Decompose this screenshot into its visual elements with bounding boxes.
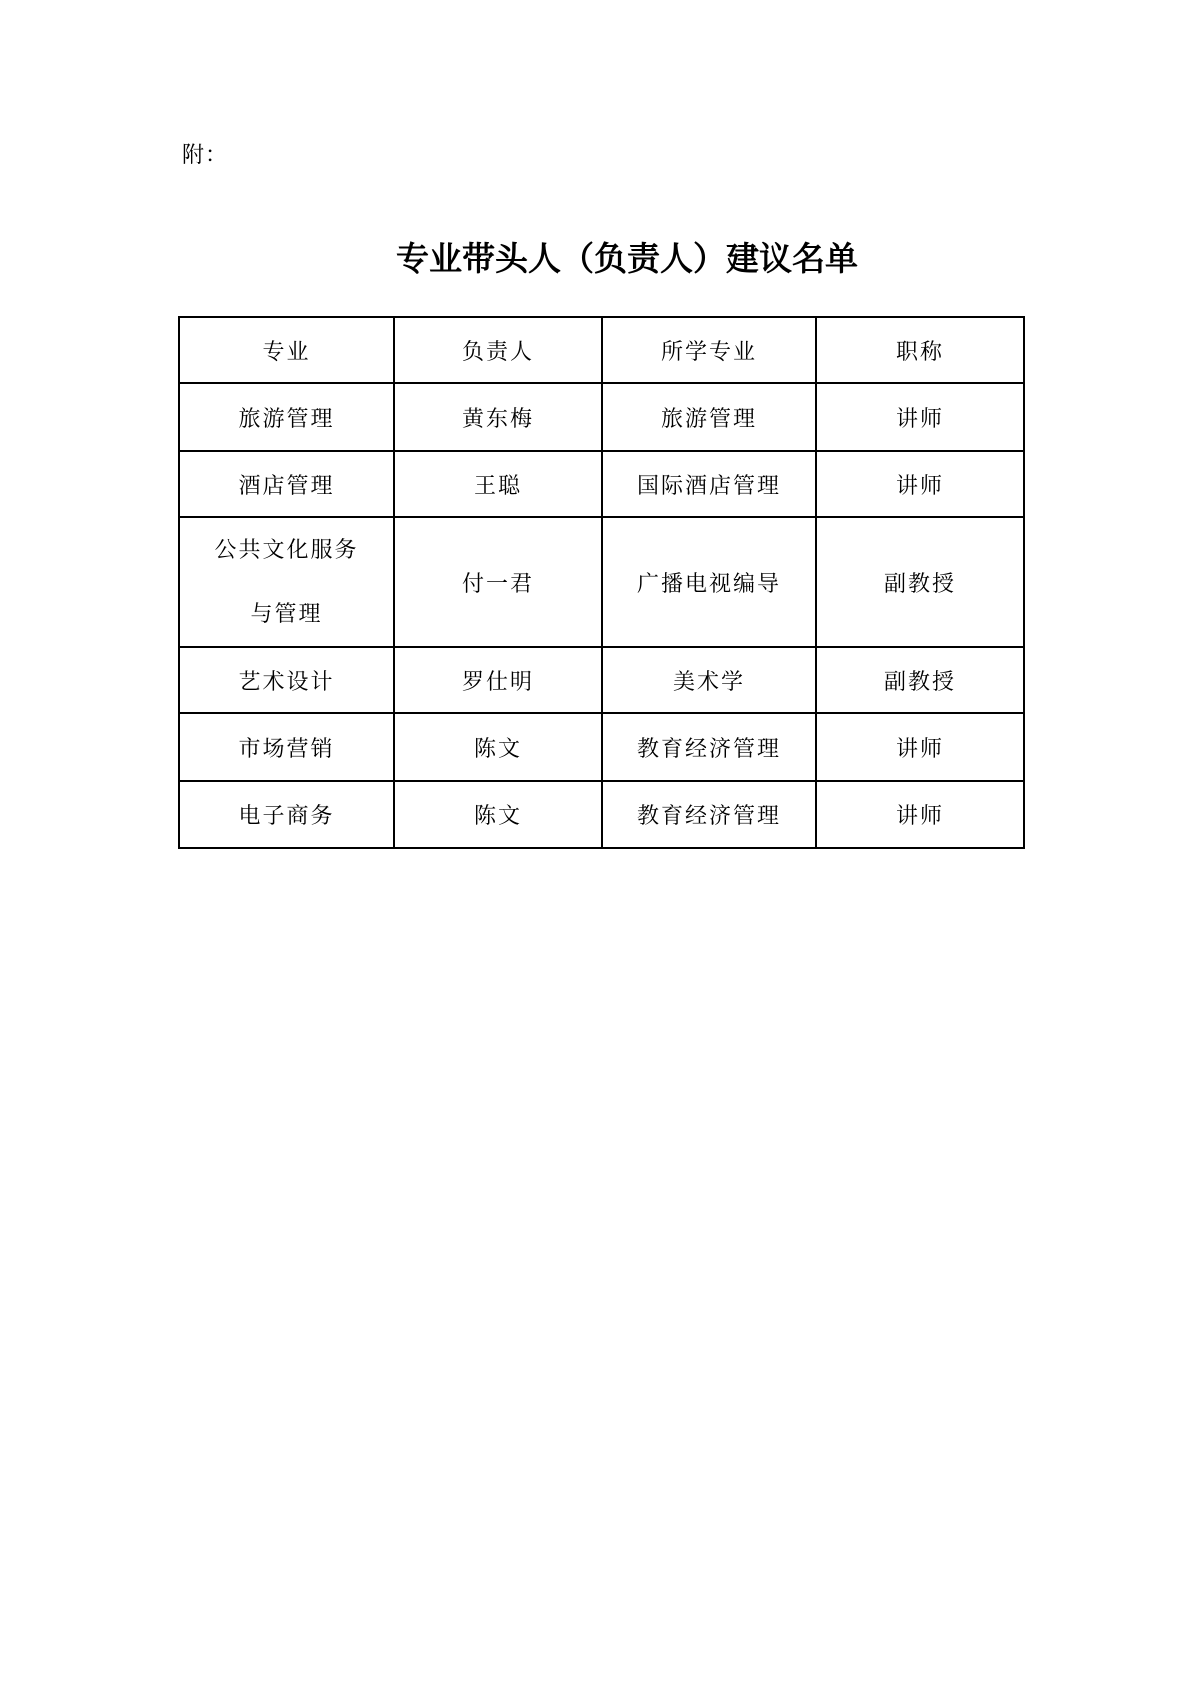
cell-leader: 王聪	[394, 451, 602, 517]
table-row: 艺术设计 罗仕明 美术学 副教授	[179, 647, 1024, 713]
cell-major: 酒店管理	[179, 451, 394, 517]
cell-studied: 国际酒店管理	[602, 451, 816, 517]
cell-leader: 黄东梅	[394, 383, 602, 451]
cell-studied: 旅游管理	[602, 383, 816, 451]
cell-studied: 教育经济管理	[602, 713, 816, 781]
cell-studied: 广播电视编导	[602, 517, 816, 647]
cell-rank: 讲师	[816, 781, 1024, 848]
cell-major: 旅游管理	[179, 383, 394, 451]
cell-rank: 讲师	[816, 451, 1024, 517]
page-title: 专业带头人（负责人）建议名单	[32, 240, 1190, 278]
cell-studied: 教育经济管理	[602, 781, 816, 848]
cell-leader: 罗仕明	[394, 647, 602, 713]
column-header-studied: 所学专业	[602, 317, 816, 383]
table-row: 电子商务 陈文 教育经济管理 讲师	[179, 781, 1024, 848]
table-row: 旅游管理 黄东梅 旅游管理 讲师	[179, 383, 1024, 451]
cell-leader: 付一君	[394, 517, 602, 647]
table-row: 酒店管理 王聪 国际酒店管理 讲师	[179, 451, 1024, 517]
attachment-label: 附：	[182, 142, 228, 168]
table-header-row: 专业 负责人 所学专业 职称	[179, 317, 1024, 383]
cell-rank: 副教授	[816, 517, 1024, 647]
cell-studied: 美术学	[602, 647, 816, 713]
leaders-table: 专业 负责人 所学专业 职称 旅游管理 黄东梅 旅游管理 讲师 酒店管理 王聪 …	[178, 316, 1025, 849]
cell-major: 公共文化服务 与管理	[179, 517, 394, 647]
table-row: 公共文化服务 与管理 付一君 广播电视编导 副教授	[179, 517, 1024, 647]
cell-major: 艺术设计	[179, 647, 394, 713]
cell-rank: 副教授	[816, 647, 1024, 713]
table-row: 市场营销 陈文 教育经济管理 讲师	[179, 713, 1024, 781]
cell-rank: 讲师	[816, 383, 1024, 451]
column-header-rank: 职称	[816, 317, 1024, 383]
cell-leader: 陈文	[394, 713, 602, 781]
cell-major: 电子商务	[179, 781, 394, 848]
cell-leader: 陈文	[394, 781, 602, 848]
column-header-leader: 负责人	[394, 317, 602, 383]
document-page: 附： 专业带头人（负责人）建议名单 专业 负责人 所学专业 职称 旅游管理 黄东…	[0, 0, 1190, 1683]
cell-rank: 讲师	[816, 713, 1024, 781]
column-header-major: 专业	[179, 317, 394, 383]
cell-major: 市场营销	[179, 713, 394, 781]
